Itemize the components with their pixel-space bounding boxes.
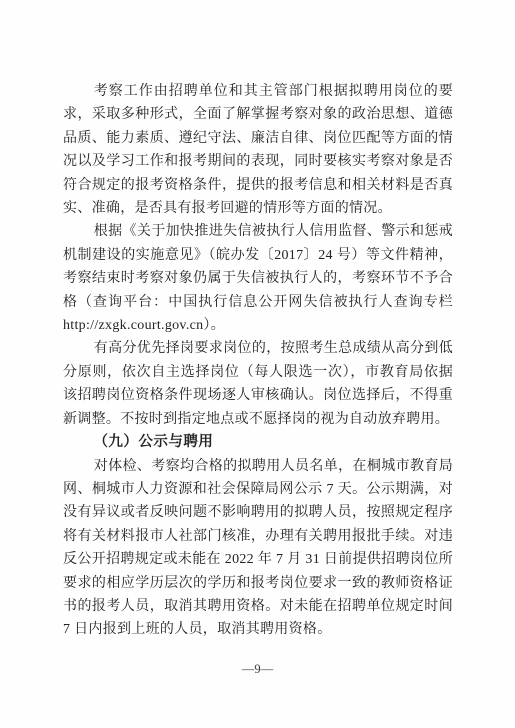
document-page: 考察工作由招聘单位和其主管部门根据拟聘用岗位的要求，采取多种形式，全面了解掌握考… [0, 0, 515, 728]
section-heading-publicity-and-employment: （九）公示与聘用 [63, 431, 453, 454]
page-number: —9— [0, 662, 515, 677]
paragraph-dishonest-executee-check: 根据《关于加快推进失信被执行人信用监督、警示和惩戒机制建设的实施意见》（皖办发〔… [63, 220, 453, 337]
paragraph-position-selection: 有高分优先择岗要求岗位的，按照考生总成绩从高分到低分原则，依次自主选择岗位（每人… [63, 337, 453, 431]
paragraph-publicity-and-employment: 对体检、考察均合格的拟聘用人员名单，在桐城市教育局网、桐城市人力资源和社会保障局… [63, 455, 453, 642]
paragraph-inspection-work: 考察工作由招聘单位和其主管部门根据拟聘用岗位的要求，采取多种形式，全面了解掌握考… [63, 80, 453, 220]
document-body: 考察工作由招聘单位和其主管部门根据拟聘用岗位的要求，采取多种形式，全面了解掌握考… [63, 80, 453, 642]
